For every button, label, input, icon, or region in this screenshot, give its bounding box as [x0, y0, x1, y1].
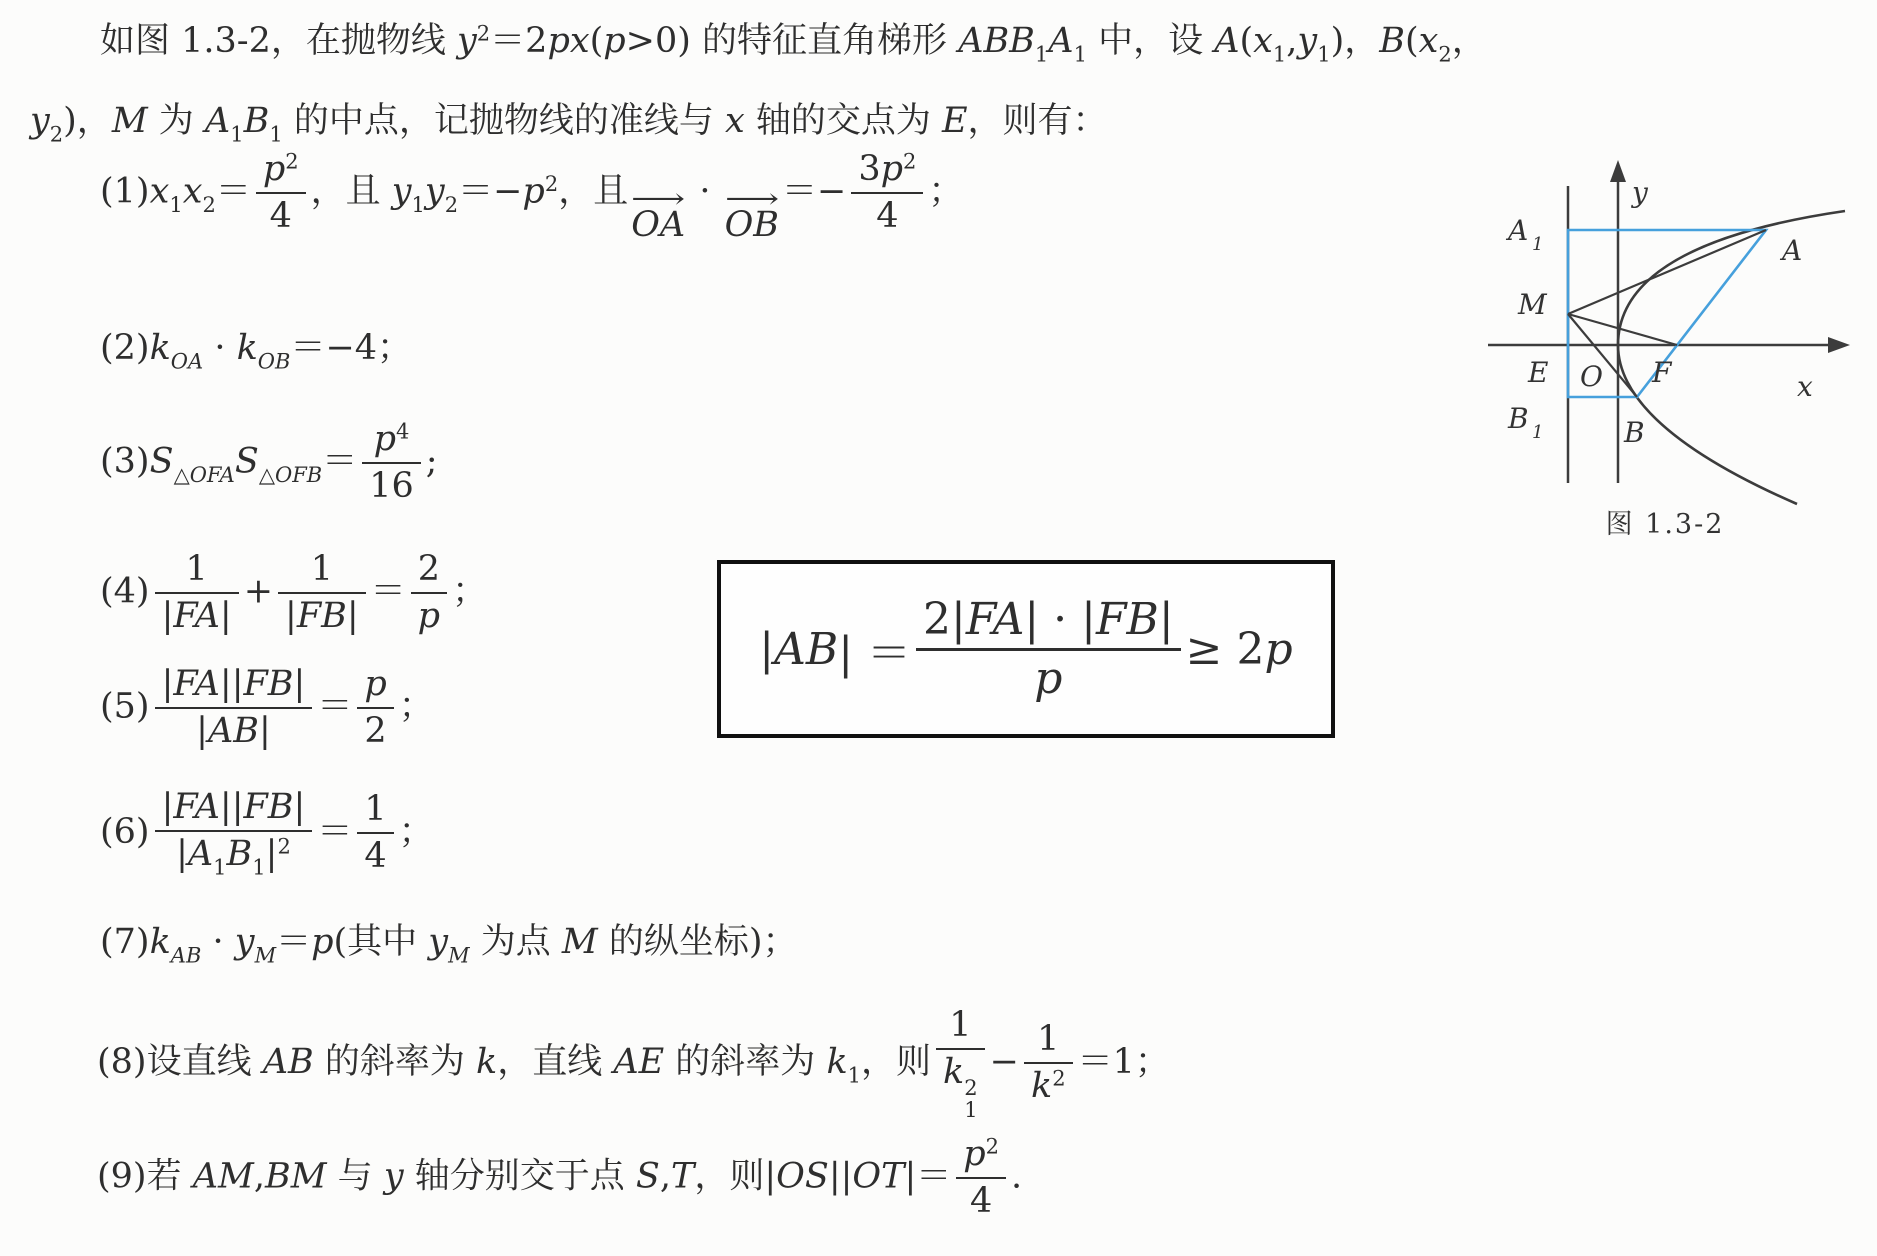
formula-item-5: (5)|FA||FB||AB|＝p2； [100, 665, 434, 751]
label-a: A [1779, 234, 1802, 267]
boxed-formula: |AB| ＝ 2|FA| · |FB|p ≥ 2p [717, 560, 1335, 738]
intro-line-2: y2)，M 为 A1B1 的中点，记抛物线的准线与 x 轴的交点为 E，则有： [30, 100, 1108, 145]
formula-item-7: (7)kAB · yM＝p(其中 yM 为点 M 的纵坐标)； [100, 921, 797, 966]
label-f: F [1651, 356, 1673, 389]
label-b: B [1623, 416, 1645, 449]
label-y-axis: y [1630, 176, 1649, 209]
label-b1: B [1507, 402, 1529, 435]
label-e: E [1527, 356, 1548, 389]
formula-item-2: (2)kOA · kOB＝−4； [100, 327, 412, 372]
figure-1-3-2: y x A 1 A M E O F B 1 B [1470, 148, 1870, 538]
label-o: O [1580, 360, 1603, 393]
formula-item-8: (8)设直线 AB 的斜率为 k，直线 AE 的斜率为 k1，则1k21−1k2… [97, 1006, 1170, 1121]
label-m: M [1517, 288, 1548, 321]
figure-caption: 图 1.3-2 [1565, 502, 1765, 541]
formula-item-4: (4)1|FA|+1|FB|＝2p； [100, 550, 487, 636]
formula-item-1: (1)x1x2＝p24，且 y1y2＝−p2，且⟶OA · ⟶OB＝−3p24； [100, 150, 963, 243]
formula-item-3: (3)S△OFAS△OFB＝p416; [100, 420, 438, 506]
label-x-axis: x [1797, 370, 1813, 403]
label-a1-subscript: 1 [1532, 234, 1543, 255]
formula-item-9: (9)若 AM,BM 与 y 轴分别交于点 S,T，则|OS||OT|＝p24. [97, 1135, 1022, 1221]
intro-line-1: 如图 1.3-2，在抛物线 y2＝2px(p>0) 的特征直角梯形 ABB1A1… [100, 20, 1487, 65]
textbook-page: 如图 1.3-2，在抛物线 y2＝2px(p>0) 的特征直角梯形 ABB1A1… [0, 0, 1877, 1256]
formula-item-6: (6)|FA||FB||A1B1|2＝14； [100, 788, 434, 879]
label-b1-subscript: 1 [1532, 422, 1543, 443]
parabola-lower-curve [1618, 345, 1797, 504]
label-a1: A [1505, 214, 1528, 247]
segment-ma-line [1568, 230, 1766, 314]
x-axis-arrowhead [1828, 337, 1850, 353]
y-axis-arrowhead [1610, 160, 1626, 182]
